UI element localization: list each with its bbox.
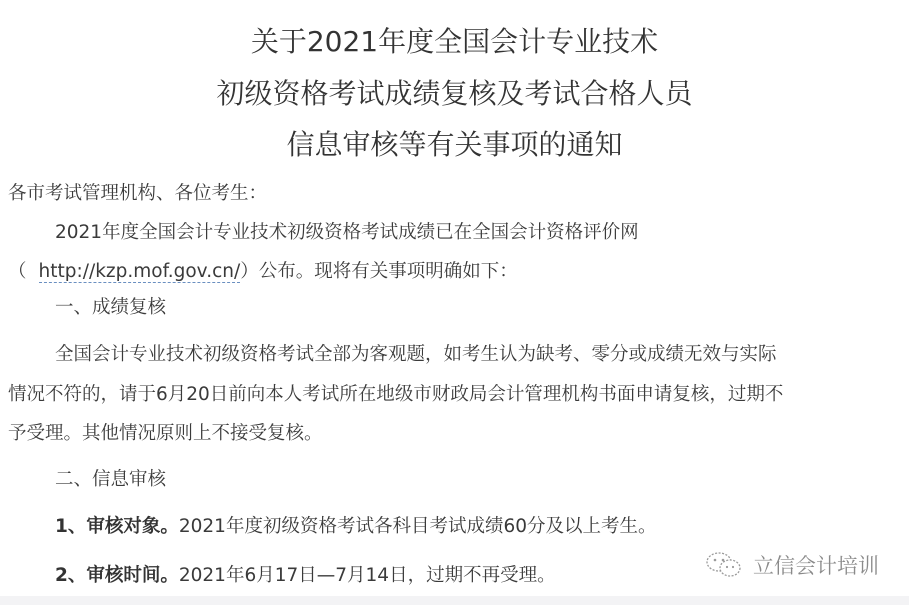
intro-line-1: 2021年度全国会计专业技术初级资格考试成绩已在全国会计资格评价网 (55, 219, 639, 247)
watermark: 立信会计培训 (705, 550, 879, 580)
review-target-text: 2021年度初级资格考试各科目考试成绩60分及以上考生。 (179, 516, 657, 537)
evaluation-site-link[interactable]: http://kzp.mof.gov.cn/ (39, 261, 241, 283)
wechat-icon (705, 551, 745, 579)
review-time-label: 2、审核时间。 (55, 565, 179, 586)
intro-rest: ）公布。现将有关事项明确如下： (240, 261, 518, 282)
section1-paragraph-line-2: 情况不符的，请于6月20日前向本人考试所在地级市财政局会计管理机构书面申请复核，… (8, 381, 783, 409)
salutation: 各市考试管理机构、各位考生： (8, 180, 267, 208)
bottom-bar (0, 596, 909, 605)
open-paren: （ (8, 261, 27, 282)
watermark-text: 立信会计培训 (753, 550, 879, 580)
review-target-label: 1、审核对象。 (55, 516, 179, 537)
section2-heading: 二、信息审核 (55, 466, 166, 494)
review-target-item: 1、审核对象。2021年度初级资格考试各科目考试成绩60分及以上考生。 (55, 513, 657, 541)
notice-title-line-1: 关于2021年度全国会计专业技术 (0, 22, 909, 62)
review-time-text: 2021年6月17日—7月14日，过期不再受理。 (179, 565, 556, 586)
notice-title-line-3: 信息审核等有关事项的通知 (0, 125, 909, 165)
section1-heading: 一、成绩复核 (55, 294, 166, 322)
review-time-item: 2、审核时间。2021年6月17日—7月14日，过期不再受理。 (55, 562, 556, 590)
section1-paragraph-line-1: 全国会计专业技术初级资格考试全部为客观题，如考生认为缺考、零分或成绩无效与实际 (55, 341, 777, 369)
notice-title-line-2: 初级资格考试成绩复核及考试合格人员 (0, 74, 909, 114)
section1-paragraph-line-3: 予受理。其他情况原则上不接受复核。 (8, 420, 323, 448)
intro-line-2: （http://kzp.mof.gov.cn/）公布。现将有关事项明确如下： (8, 258, 518, 286)
